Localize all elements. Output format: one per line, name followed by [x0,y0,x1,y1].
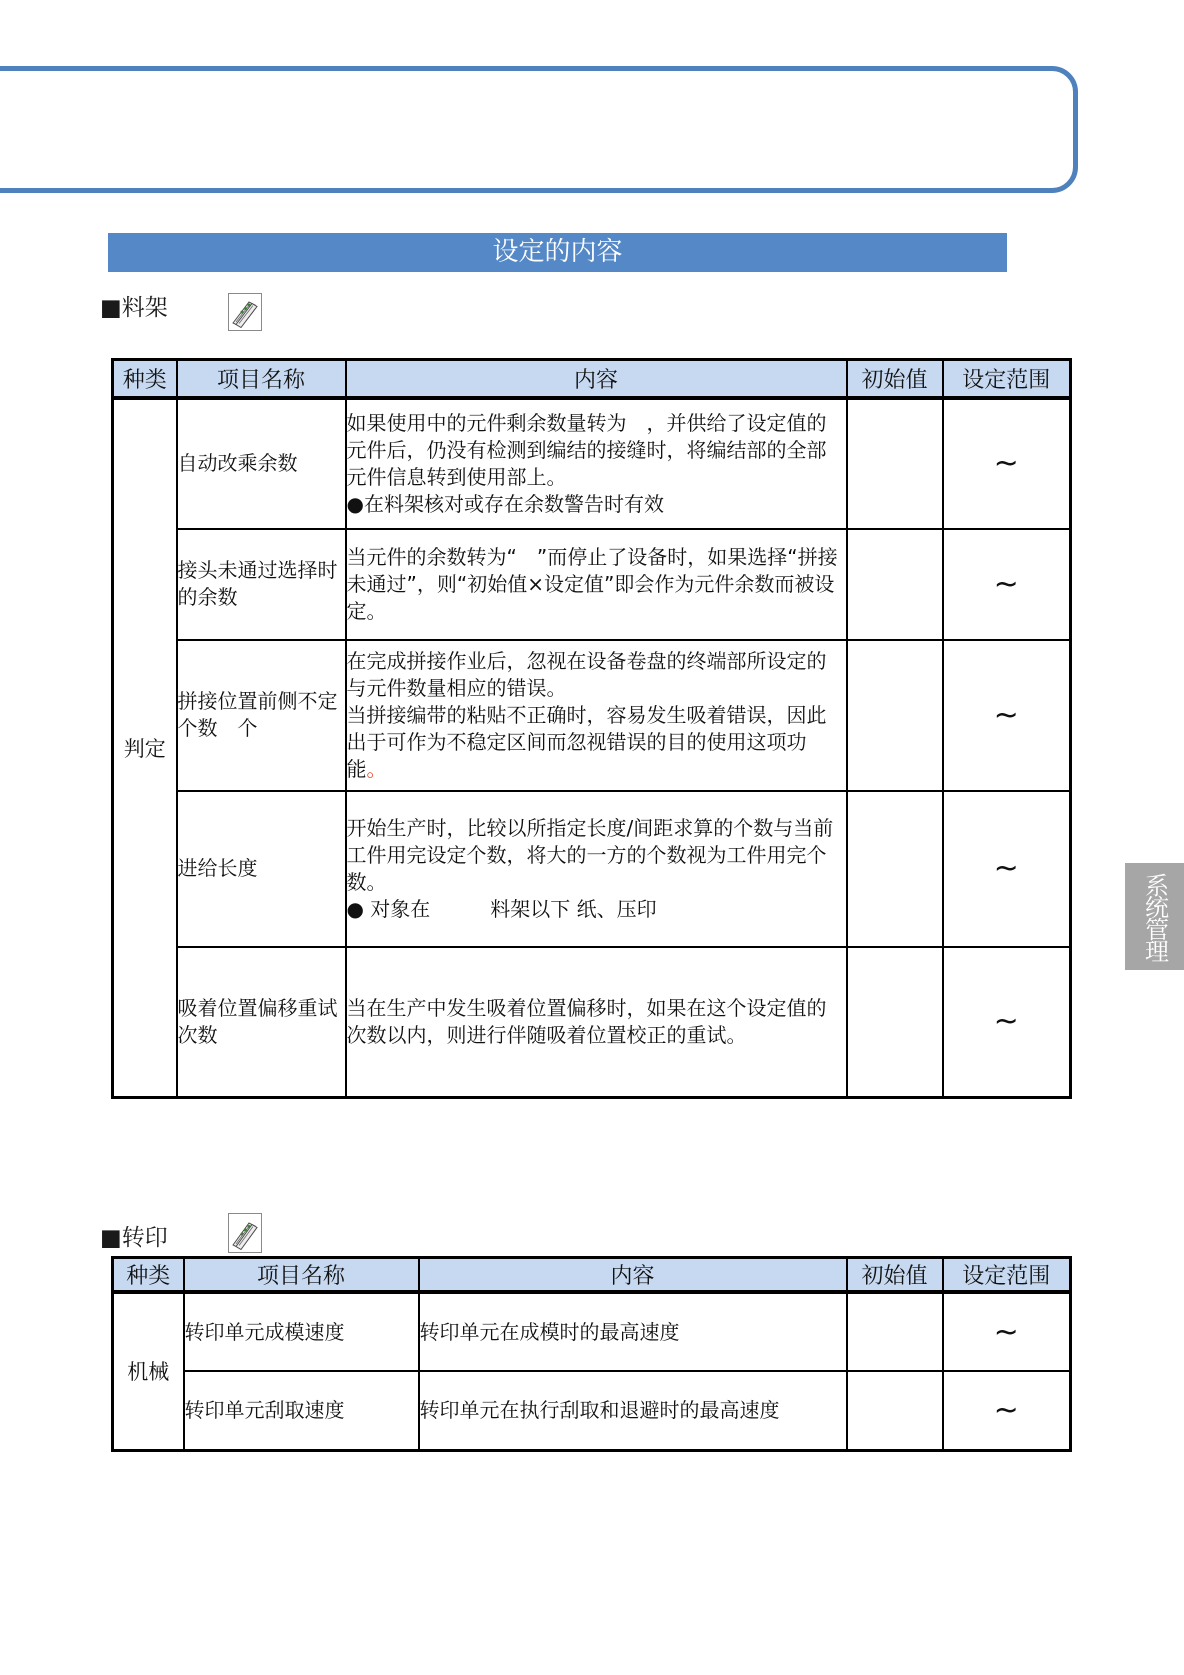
item-name-cell: 拼接位置前侧不定个数 个 [177,640,346,791]
table-header-row: 种类项目名称内容初始值设定范围 [113,1258,1071,1293]
table-row: 进给长度开始生产时，比较以所指定长度/间距求算的个数与当前工件用完设定个数，将大… [113,791,1071,947]
section-heading-label: ■转印 [100,1225,168,1251]
initial-value-cell [847,791,943,947]
item-name-cell: 自动改乘余数 [177,398,346,529]
content-cell: 如果使用中的元件剩余数量转为 ，并供给了设定值的元件后，仍没有检测到编结的接缝时… [346,398,847,529]
category-cell: 机械 [113,1292,184,1450]
settings-table: 种类项目名称内容初始值设定范围判定自动改乘余数如果使用中的元件剩余数量转为 ，并… [111,358,1072,1099]
initial-value-cell [847,398,943,529]
content-paragraph: 转印单元在执行刮取和退避时的最高速度 [420,1397,846,1424]
column-header: 初始值 [847,360,943,398]
initial-value-cell [847,529,943,640]
table-row: 判定自动改乘余数如果使用中的元件剩余数量转为 ，并供给了设定值的元件后，仍没有检… [113,398,1071,529]
column-header: 设定范围 [943,1258,1071,1293]
content-cell: 在完成拼接作业后，忽视在设备卷盘的终端部所设定的与元件数量相应的错误。当拼接编带… [346,640,847,791]
transfer-document-icon [228,1213,262,1257]
settings-table: 种类项目名称内容初始值设定范围机械转印单元成模速度转印单元在成模时的最高速度~转… [111,1256,1072,1452]
title-bar: 设定的内容 [108,233,1007,272]
content-cell: 转印单元在执行刮取和退避时的最高速度 [419,1371,847,1450]
setting-range-cell: ~ [943,791,1071,947]
content-paragraph: ●在料架核对或存在余数警告时有效 [347,491,846,518]
setting-range-cell: ~ [943,398,1071,529]
content-paragraph: 开始生产时，比较以所指定长度/间距求算的个数与当前工件用完设定个数，将大的一方的… [347,815,846,896]
setting-range-cell: ~ [943,947,1071,1098]
item-name-cell: 接头未通过选择时的余数 [177,529,346,640]
initial-value-cell [847,640,943,791]
column-header: 项目名称 [184,1258,419,1293]
side-tab-system-management: 系统管理 [1125,863,1184,970]
content-cell: 当在生产中发生吸着位置偏移时，如果在这个设定值的次数以内，则进行伴随吸着位置校正… [346,947,847,1098]
section-heading-transfer: ■转印 [100,1224,168,1252]
feeder-rack-document-icon [228,293,262,335]
transfer-settings-table-area: 种类项目名称内容初始值设定范围机械转印单元成模速度转印单元在成模时的最高速度~转… [111,1256,1072,1452]
column-header: 项目名称 [177,360,346,398]
setting-range-cell: ~ [943,1292,1071,1371]
table-row: 吸着位置偏移重试次数当在生产中发生吸着位置偏移时，如果在这个设定值的次数以内，则… [113,947,1071,1098]
content-paragraph: 当元件的余数转为“ ”而停止了设备时，如果选择“拼接未通过”，则“初始值×设定值… [347,544,846,625]
initial-value-cell [847,1292,943,1371]
content-paragraph: 转印单元在成模时的最高速度 [420,1319,846,1346]
table-row: 接头未通过选择时的余数当元件的余数转为“ ”而停止了设备时，如果选择“拼接未通过… [113,529,1071,640]
section-heading-feeder: ■料架 [100,294,168,322]
content-paragraph: ● 对象在 料架以下 纸、压印 [347,896,846,923]
category-cell: 判定 [113,398,177,1098]
column-header: 种类 [113,1258,184,1293]
content-paragraph: 在完成拼接作业后，忽视在设备卷盘的终端部所设定的与元件数量相应的错误。 [347,648,846,702]
page-title: 设定的内容 [492,237,622,267]
column-header: 初始值 [847,1258,943,1293]
item-name-cell: 转印单元成模速度 [184,1292,419,1371]
column-header: 种类 [113,360,177,398]
item-name-cell: 转印单元刮取速度 [184,1371,419,1450]
column-header: 内容 [419,1258,847,1293]
content-cell: 开始生产时，比较以所指定长度/间距求算的个数与当前工件用完设定个数，将大的一方的… [346,791,847,947]
setting-range-cell: ~ [943,1371,1071,1450]
manual-page: 设定的内容 ■料架 种类项目名称内容初始值设定范围判定自动改乘余数如果使用中的元… [0,0,1184,1675]
initial-value-cell [847,947,943,1098]
setting-range-cell: ~ [943,529,1071,640]
table-header-row: 种类项目名称内容初始值设定范围 [113,360,1071,398]
content-paragraph: 如果使用中的元件剩余数量转为 ，并供给了设定值的元件后，仍没有检测到编结的接缝时… [347,410,846,491]
table-row: 机械转印单元成模速度转印单元在成模时的最高速度~ [113,1292,1071,1371]
red-period-mark: 。 [367,757,387,781]
content-cell: 转印单元在成模时的最高速度 [419,1292,847,1371]
item-name-cell: 进给长度 [177,791,346,947]
setting-range-cell: ~ [943,640,1071,791]
content-paragraph: 当拼接编带的粘贴不正确时，容易发生吸着错误，因此出于可作为不稳定区间而忽视错误的… [347,702,846,783]
side-tab-label: 系统管理 [1143,873,1167,961]
initial-value-cell [847,1371,943,1450]
item-name-cell: 吸着位置偏移重试次数 [177,947,346,1098]
table-row: 拼接位置前侧不定个数 个在完成拼接作业后，忽视在设备卷盘的终端部所设定的与元件数… [113,640,1071,791]
callout-box [0,66,1078,193]
column-header: 设定范围 [943,360,1071,398]
table-row: 转印单元刮取速度转印单元在执行刮取和退避时的最高速度~ [113,1371,1071,1450]
content-cell: 当元件的余数转为“ ”而停止了设备时，如果选择“拼接未通过”，则“初始值×设定值… [346,529,847,640]
content-paragraph: 当在生产中发生吸着位置偏移时，如果在这个设定值的次数以内，则进行伴随吸着位置校正… [347,995,846,1049]
feeder-settings-table-area: 种类项目名称内容初始值设定范围判定自动改乘余数如果使用中的元件剩余数量转为 ，并… [111,358,1072,1099]
section-heading-label: ■料架 [100,295,168,321]
column-header: 内容 [346,360,847,398]
